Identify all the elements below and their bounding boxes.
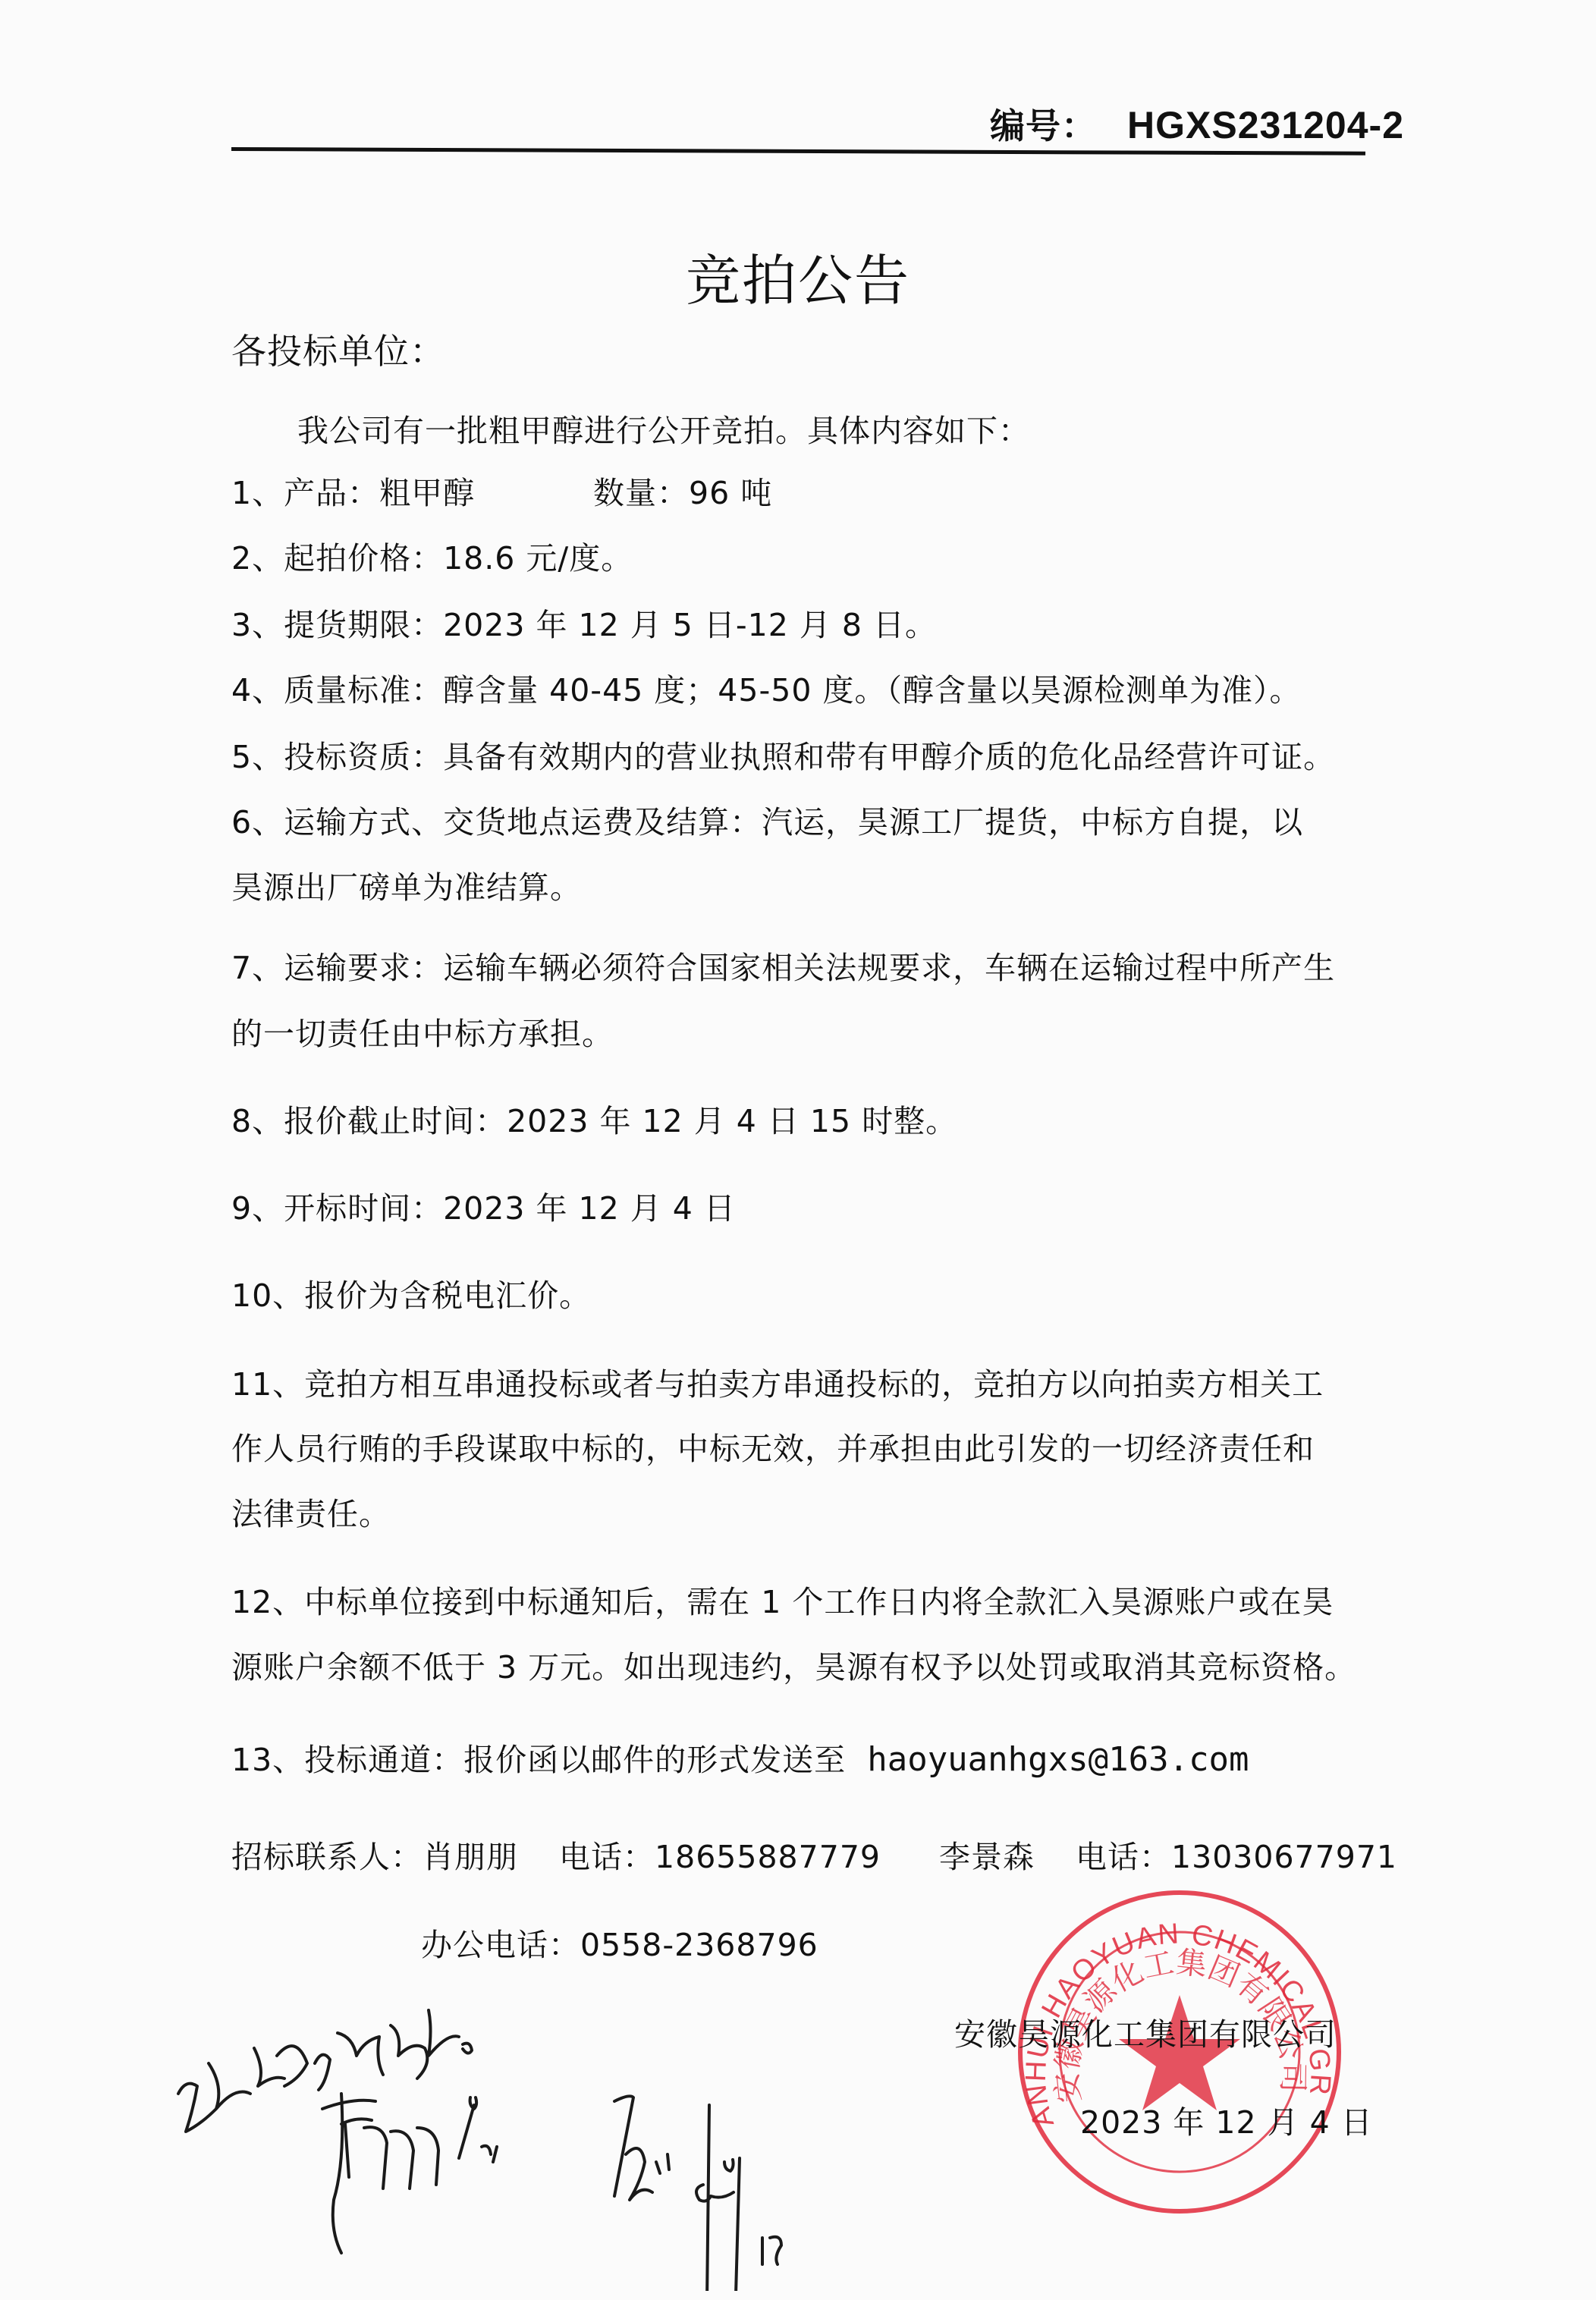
intro-paragraph: 我公司有一批粗甲醇进行公开竞拍。具体内容如下：	[297, 416, 1030, 447]
handwritten-signatures-icon	[163, 2003, 846, 2291]
item-11-collusion-line-3: 法律责任。	[231, 1499, 391, 1530]
item-12-payment-line-1: 12、中标单位接到中标通知后，需在 1 个工作日内将全款汇入昊源账户或在昊	[231, 1587, 1334, 1618]
contact-label: 招标联系人：	[231, 1839, 423, 1875]
item-1-quantity: 数量：96 吨	[593, 478, 772, 509]
item-10-price-terms: 10、报价为含税电汇价。	[231, 1280, 591, 1312]
issuing-company: 安徽昊源化工集团有限公司	[954, 2019, 1337, 2050]
item-13-bid-channel: 13、投标通道：报价函以邮件的形式发送至 haoyuanhgxs@163.com	[231, 1743, 1249, 1777]
contact-row: 招标联系人：肖朋朋 电话：18655887779	[231, 1842, 881, 1873]
contact-2-name: 李景森	[939, 1839, 1035, 1875]
item-8-quote-deadline: 8、报价截止时间：2023 年 12 月 4 日 15 时整。	[231, 1106, 957, 1137]
item-3-pickup-period: 3、提货期限：2023 年 12 月 5 日-12 月 8 日。	[231, 610, 937, 641]
office-phone-label: 办公电话：	[421, 1927, 580, 1963]
item-11-collusion-line-1: 11、竞拍方相互串通投标或者与拍卖方串通投标的，竞拍方以向拍卖方相关工	[231, 1369, 1324, 1400]
item-9-bid-opening: 9、开标时间：2023 年 12 月 4 日	[231, 1193, 736, 1224]
bid-email-link[interactable]: haoyuanhgxs@163.com	[867, 1740, 1249, 1779]
bid-channel-text: 13、投标通道：报价函以邮件的形式发送至	[231, 1742, 846, 1778]
contact-2-phone[interactable]: 13030677971	[1171, 1839, 1397, 1875]
document-number: 编号：HGXS231204-2	[990, 99, 1404, 149]
item-7-transport-req-line-1: 7、运输要求：运输车辆必须符合国家相关法规要求，车辆在运输过程中所产生	[231, 953, 1335, 984]
page-title: 竞拍公告	[0, 237, 1596, 316]
contact-1-name: 肖朋朋	[423, 1839, 518, 1875]
contact-2-phone-label: 电话：	[1076, 1839, 1171, 1875]
item-4-quality-standard: 4、质量标准：醇含量 40-45 度；45-50 度。（醇含量以昊源检测单为准）…	[231, 675, 1301, 706]
office-phone-row: 办公电话：0558-2368796	[421, 1930, 818, 1961]
item-12-payment-line-2: 源账户余额不低于 3 万元。如出现违约，昊源有权予以处罚或取消其竞标资格。	[231, 1652, 1356, 1683]
item-11-collusion-line-2: 作人员行贿的手段谋取中标的，中标无效，并承担由此引发的一切经济责任和	[231, 1434, 1315, 1465]
contact-2: 李景森 电话：13030677971	[939, 1842, 1397, 1873]
contact-1-phone-label: 电话：	[559, 1839, 655, 1875]
item-6-transport-line-1: 6、运输方式、交货地点运费及结算：汽运，昊源工厂提货，中标方自提，以	[231, 807, 1303, 838]
office-phone[interactable]: 0558-2368796	[580, 1927, 818, 1963]
item-7-transport-req-line-2: 的一切责任由中标方承担。	[231, 1019, 614, 1050]
contact-1-phone[interactable]: 18655887779	[655, 1839, 881, 1875]
item-5-bidder-qualification: 5、投标资质：具备有效期内的营业执照和带有甲醇介质的危化品经营许可证。	[231, 742, 1335, 773]
item-1-product: 1、产品：粗甲醇	[231, 478, 475, 509]
salutation: 各投标单位：	[231, 334, 445, 369]
issue-date: 2023 年 12 月 4 日	[1080, 2107, 1373, 2138]
item-6-transport-line-2: 昊源出厂磅单为准结算。	[231, 872, 582, 903]
document-number-value: HGXS231204-2	[1127, 104, 1404, 146]
document-number-label: 编号：	[990, 105, 1097, 146]
item-2-start-price: 2、起拍价格：18.6 元/度。	[231, 543, 633, 574]
